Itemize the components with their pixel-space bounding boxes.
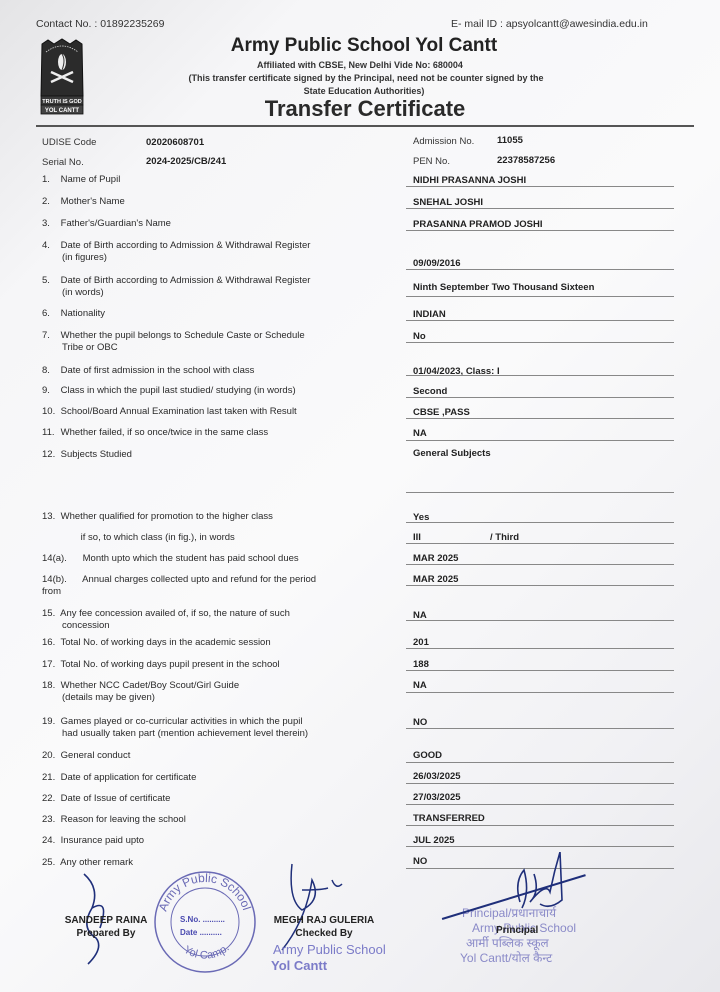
field-number: 11. [42,427,58,439]
field-label-text: Month upto which the student has paid sc… [83,553,299,564]
field-label-text: Total No. of working days pupil present … [60,659,279,670]
field-underline [406,342,674,343]
field-number: 23. [42,814,58,826]
school-stamp-line-1: Army Public School [273,942,386,957]
field-label-text: Any fee concession availed of, if so, th… [60,608,290,619]
field-label-text: Mother's Name [61,196,125,207]
field-value: Second [413,386,447,397]
field-label-continuation: had usually taken part (mention achievem… [42,728,308,740]
field-value: Ninth September Two Thousand Sixteen [413,282,594,293]
field-number: 2. [42,196,58,208]
field-value: 188 [413,659,429,670]
field-value: GOOD [413,750,442,761]
field-label-text: Insurance paid upto [61,835,144,846]
field-underline [406,186,674,187]
field-label-text: if so, to which class (in fig.), in word… [81,532,235,543]
pen-label: PEN No. [413,156,450,167]
field-label-text: Total No. of working days in the academi… [60,637,270,648]
field-label-text: Whether NCC Cadet/Boy Scout/Girl Guide [61,680,239,691]
document-title: Transfer Certificate [0,96,720,122]
field-label: 14(a). Month upto which the student has … [42,553,299,565]
field-underline [406,804,674,805]
field-value: TRANSFERRED [413,813,485,824]
field-number: 18. [42,680,58,692]
field-value: INDIAN [413,309,446,320]
field-number: 15. [42,608,58,620]
field-value: NA [413,428,427,439]
principal-stamp-line-3: आर्मी पब्लिक स्कूल [466,936,549,951]
field-label: 3. Father's/Guardian's Name [42,218,171,230]
field-value-words: / Third [490,532,519,543]
field-label-text: Father's/Guardian's Name [61,218,171,229]
field-underline [406,230,674,231]
field-label-text: Subjects Studied [61,449,132,460]
checked-by-role: Checked By [268,927,380,940]
field-number: 7. [42,330,58,342]
field-label: 16. Total No. of working days in the aca… [42,637,271,649]
field-label-text: School/Board Annual Examination last tak… [61,406,297,417]
prepared-by-name: SANDEEP RAINA [56,914,156,927]
field-label: 13. Whether qualified for promotion to t… [42,511,273,523]
admission-value: 11055 [497,135,523,146]
field-number: 14(b). [42,574,80,586]
field-label: 12. Subjects Studied [42,449,132,461]
field-number: 17. [42,659,58,671]
school-stamp-line-2: Yol Cantt [271,958,327,973]
field-number: 9. [42,385,58,397]
field-label: 7. Whether the pupil belongs to Schedule… [42,330,305,354]
field-label: 9. Class in which the pupil last studied… [42,385,296,397]
field-label-continuation: (in figures) [42,252,310,264]
field-underline [406,846,674,847]
svg-text:Army Public School: Army Public School [156,871,254,913]
field-label-text: Name of Pupil [61,174,121,185]
field-value: NO [413,717,427,728]
contact-number: Contact No. : 01892235269 [36,18,164,30]
checked-by-name: MEGH RAJ GULERIA [268,914,380,927]
field-number: 14(a). [42,553,80,565]
field-label-text: Whether qualified for promotion to the h… [61,511,273,522]
field-number: 19. [42,716,58,728]
field-underline [406,585,674,586]
field-underline [406,492,674,493]
disclaimer-line-2: State Education Authorities) [0,86,720,96]
field-label-text: Date of first admission in the school wi… [61,365,255,376]
field-label: if so, to which class (in fig.), in word… [62,532,235,544]
field-value: MAR 2025 [413,553,458,564]
field-label-continuation: Tribe or OBC [42,342,305,354]
transfer-certificate-page: Contact No. : 01892235269 E- mail ID : a… [0,0,720,992]
field-label-text: Reason for leaving the school [61,814,186,825]
field-label: 6. Nationality [42,308,105,320]
field-label-text: Date of application for certificate [61,772,197,783]
field-underline [406,670,674,671]
field-label-text: Annual charges collected upto and refund… [82,574,316,585]
field-underline [406,783,674,784]
field-value: 26/03/2025 [413,771,461,782]
field-number: 4. [42,240,58,252]
field-value: No [413,331,426,342]
field-label: 20. General conduct [42,750,130,762]
field-value: 201 [413,637,429,648]
field-underline [406,208,674,209]
field-value: MAR 2025 [413,574,458,585]
field-underline [406,728,674,729]
field-underline [406,648,674,649]
prepared-by-block: SANDEEP RAINA Prepared By [56,914,156,940]
field-label: 5. Date of Birth according to Admission … [42,275,310,299]
field-value: III [413,532,421,543]
svg-text:S.No. ..........: S.No. .......... [180,915,225,924]
field-value: General Subjects [413,448,491,459]
disclaimer-line-1: (This transfer certificate signed by the… [0,73,720,83]
field-label-text: Class in which the pupil last studied/ s… [61,385,296,396]
field-value: NA [413,680,427,691]
field-label-text: Date of Birth according to Admission & W… [61,240,311,251]
field-underline [406,825,674,826]
field-number: 16. [42,637,58,649]
field-label-text: Any other remark [60,857,133,868]
field-underline [406,762,674,763]
svg-text:Date ..........: Date .......... [180,928,222,937]
field-label: 10. School/Board Annual Examination last… [42,406,297,418]
field-number: 10. [42,406,58,418]
field-label: 19. Games played or co-curricular activi… [42,716,308,740]
field-number: 8. [42,365,58,377]
field-underline [406,564,674,565]
principal-label: Principal [496,925,538,936]
field-label: 23. Reason for leaving the school [42,814,186,826]
pen-value: 22378587256 [497,155,555,166]
field-label-text: General conduct [61,750,131,761]
udise-label: UDISE Code [42,137,96,148]
field-underline [406,296,674,297]
field-label: 1. Name of Pupil [42,174,120,186]
field-label-continuation: from [42,586,316,598]
field-label: 2. Mother's Name [42,196,125,208]
field-number: 20. [42,750,58,762]
field-label-text: Date of Birth according to Admission & W… [61,275,311,286]
field-label-text: Games played or co-curricular activities… [61,716,303,727]
field-label-text: Nationality [61,308,105,319]
admission-label: Admission No. [413,136,474,147]
svg-text:Yol Camp.: Yol Camp. [182,942,232,962]
field-underline [406,320,674,321]
field-underline [406,692,674,693]
field-number: 13. [42,511,58,523]
field-label: 15. Any fee concession availed of, if so… [42,608,290,632]
field-label-continuation: concession [42,620,290,632]
checked-by-block: MEGH RAJ GULERIA Checked By [268,914,380,940]
field-label-text: Date of Issue of certificate [61,793,171,804]
field-underline [406,269,674,270]
field-number: 24. [42,835,58,847]
school-name: Army Public School Yol Cantt [0,35,720,57]
field-underline [406,620,674,621]
field-value: SNEHAL JOSHI [413,197,483,208]
field-label: 4. Date of Birth according to Admission … [42,240,310,264]
field-label: 24. Insurance paid upto [42,835,144,847]
field-underline [406,522,674,523]
field-number: 1. [42,174,58,186]
field-label: 22. Date of Issue of certificate [42,793,170,805]
field-label-continuation: (in words) [42,287,310,299]
prepared-by-role: Prepared By [56,927,156,940]
header-divider [36,125,694,127]
field-number: 21. [42,772,58,784]
field-underline [406,543,674,544]
serial-value: 2024-2025/CB/241 [146,156,226,167]
field-label: 8. Date of first admission in the school… [42,365,254,377]
field-number: 22. [42,793,58,805]
field-number: 5. [42,275,58,287]
field-number: 12. [42,449,58,461]
field-label-text: Whether the pupil belongs to Schedule Ca… [61,330,305,341]
field-underline [406,440,674,441]
field-label: 11. Whether failed, if so once/twice in … [42,427,268,439]
affiliation-text: Affiliated with CBSE, New Delhi Vide No:… [0,60,720,70]
field-value: NIDHI PRASANNA JOSHI [413,175,526,186]
field-underline [406,397,674,398]
field-value: 09/09/2016 [413,258,461,269]
serial-label: Serial No. [42,157,84,168]
field-value: JUL 2025 [413,835,455,846]
field-value: 27/03/2025 [413,792,461,803]
field-label: 14(b). Annual charges collected upto and… [42,574,316,598]
field-label: 17. Total No. of working days pupil pres… [42,659,280,671]
principal-stamp-line-4: Yol Cantt/योल कैन्ट [460,951,552,966]
field-underline [406,375,674,376]
field-value: PRASANNA PRAMOD JOSHI [413,219,543,230]
field-label: 21. Date of application for certificate [42,772,196,784]
round-school-stamp-icon: Army Public School Yol Camp. S.No. .....… [150,867,260,977]
email-id: E- mail ID : apsyolcantt@awesindia.edu.i… [451,18,648,30]
field-underline [406,418,674,419]
field-label-text: Whether failed, if so once/twice in the … [61,427,269,438]
field-number: 6. [42,308,58,320]
field-value: NO [413,856,427,867]
field-label-continuation: (details may be given) [42,692,239,704]
field-number: 25. [42,857,58,869]
udise-value: 02020608701 [146,137,204,148]
field-number: 3. [42,218,58,230]
field-value: CBSE ,PASS [413,407,470,418]
field-label: 18. Whether NCC Cadet/Boy Scout/Girl Gui… [42,680,239,704]
